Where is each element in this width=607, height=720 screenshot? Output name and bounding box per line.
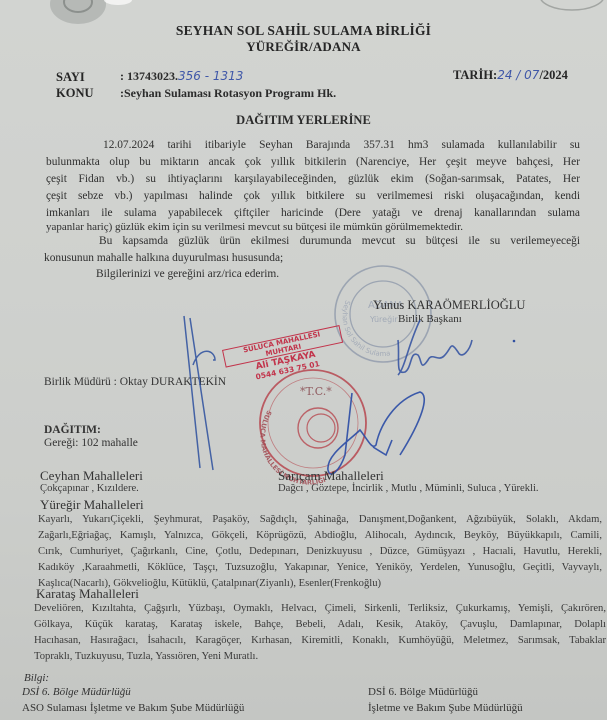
info-left-line1: DSİ 6. Bölge Müdürlüğü [22, 686, 131, 698]
body-line: konusunun mahalle halkına duyurulması hu… [44, 252, 283, 264]
svg-text:*T.C.*: *T.C.* [300, 385, 332, 398]
org-location: YÜREĞİR/ADANA [0, 39, 607, 55]
info-right-line2: İşletme ve Bakım Şube Müdürlüğü [368, 702, 523, 714]
body-line: imkanları ile sulama yapabilecek çiftçil… [46, 207, 580, 219]
distribution-gereği: Gereği: 102 mahalle [44, 437, 138, 449]
karatas-title: Karataş Mahalleleri [36, 586, 139, 602]
body-line: çeşit sebze vb.) yapılması halinde çok y… [46, 190, 580, 202]
yuregir-list-line: Kadıköy ,Karaahmetli, Köklüce, Taşçı, Tu… [38, 562, 602, 573]
tarih: TARİH:24 / 07/2024 [453, 66, 568, 84]
body-line: yapanlar hariç) güzlük ekim için su veri… [46, 221, 463, 233]
tarih-handwritten: 24 / 07 [497, 68, 539, 82]
karatas-list-line: Topraklı, Tuzkuyusu, Tuzla, Yassıören, Y… [34, 651, 606, 662]
karatas-list-line: Hacıhasan, Hasırağacı, İsahacılı, Karagö… [34, 635, 606, 646]
sayi-label: SAYI [56, 70, 85, 85]
addressee: DAĞITIM YERLERİNE [0, 113, 607, 128]
saricam-title: Sarıçam Mahalleleri [278, 468, 384, 484]
karatas-list-line: Develiören, Kızıltahta, Çağşırlı, Yüzbaş… [34, 603, 606, 614]
body-line: 12.07.2024 tarihi itibariyle Seyhan Bara… [103, 139, 580, 151]
manager-label: Birlik Müdürü : Oktay DURAKTEKİN [44, 376, 226, 388]
tarih-year: /2024 [539, 68, 567, 82]
document-page: SEYHAN SOL SAHİL SULAMA BİRLİĞİ YÜREĞİR/… [0, 0, 607, 720]
karatas-list-line: Gölkaya, Küçük karataş, Karataş iskele, … [34, 619, 606, 630]
info-left-line2: ASO Sulaması İşletme ve Bakım Şube Müdür… [22, 702, 244, 714]
sayi-handwritten: 356 - 1313 [178, 69, 243, 83]
ceyhan-list: Çokçapınar , Kızıldere. [40, 483, 139, 494]
konu-label: KONU [56, 86, 94, 101]
distribution-heading: DAĞITIM: [44, 424, 101, 436]
yuregir-list-line: Kayarlı, YukarıÇiçekli, Şeyhmurat, Paşak… [38, 514, 602, 525]
president-name: Yunus KARAÖMERLİOĞLU [373, 298, 525, 313]
yuregir-list-line: Cırık, Cumhuriyet, Çağırkanlı, Cine, Çot… [38, 546, 602, 557]
svg-text:Yüreğir: Yüreğir [369, 315, 398, 324]
saricam-list: Dağcı , Göztepe, İncirlik , Mutlu , Mümi… [278, 483, 539, 494]
info-right-line1: DSİ 6. Bölge Müdürlüğü [368, 686, 478, 698]
ceyhan-title: Ceyhan Mahalleleri [40, 468, 143, 484]
body-line: bulunmakta olup bu miktarın ancak çok yı… [46, 156, 580, 168]
closing-line: Bilgilerinizi ve gereğini arz/rica ederi… [96, 268, 279, 280]
sayi-value: : 13743023.356 - 1313 [120, 69, 243, 84]
sayi-printed: : 13743023. [120, 69, 178, 83]
org-name: SEYHAN SOL SAHİL SULAMA BİRLİĞİ [0, 23, 607, 39]
tarih-label: TARİH: [453, 68, 497, 82]
body-line: Bu kapsamda güzlük ürün ekilmesi durumun… [99, 235, 580, 247]
president-title: Birlik Başkanı [398, 313, 462, 325]
info-label: Bilgi: [24, 672, 49, 684]
konu-value: :Seyhan Sulaması Rotasyon Programı Hk. [120, 86, 336, 101]
yuregir-title: Yüreğir Mahalleleri [40, 497, 144, 513]
yuregir-list-line: Zağarlı,Eğriağaç, Kamışlı, Yalnızca, Gök… [38, 530, 602, 541]
muhtar-stamp: SULUCA MAHALLESİ MUHTARI Ali TAŞKAYA 054… [222, 325, 347, 387]
body-line: çeşit Fidan vb.) su ihtiyaçlarını karşıl… [46, 173, 580, 185]
